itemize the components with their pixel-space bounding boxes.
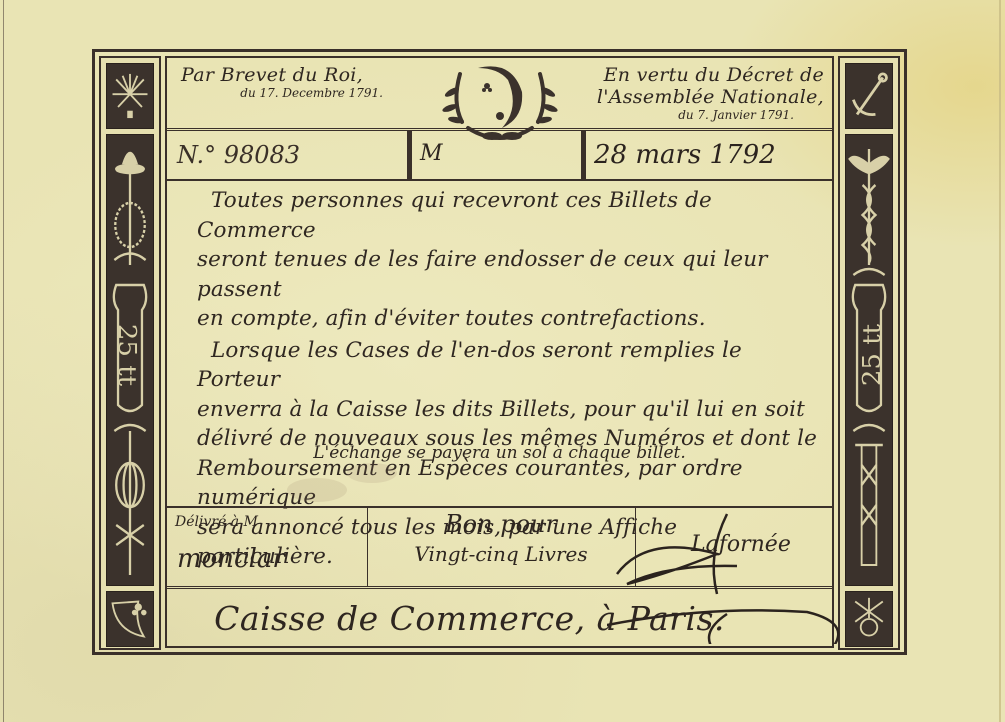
anchor-icon [845,63,893,129]
decree-reference: En vertu du Décret de l'Assemblée Nation… [554,64,824,122]
value-box: Bon pour Vingt-cinq Livres [367,508,636,586]
trophy-icon [845,591,893,647]
caduceus-icon: 25 tt [845,134,893,586]
sunburst-icon [106,63,154,129]
left-ornamental-panel: 25 tt [99,56,161,650]
serial-row: N.° 98083 M 28 mars 1792 [167,131,832,181]
serial-number: N.° 98083 [177,131,397,179]
decree-line-2: l'Assemblée Nationale, [554,86,824,108]
right-ornamental-panel: 25 tt [838,56,900,650]
terms-line: seront tenues de les faire endosser de c… [197,245,818,304]
value-line-2: Vingt-cinq Livres [367,542,635,566]
endorsement-row: Délivré à M monclar Bon pour Vingt-cinq … [167,506,832,589]
decree-line-1: En vertu du Décret de [554,64,824,86]
holder-field: M [407,131,590,179]
terms-line: Lorsque les Cases de l'en-dos seront rem… [197,336,818,395]
decree-date: du 7. Janvier 1791. [554,108,824,122]
stain [347,463,397,483]
delivered-label: Délivré à M [175,514,258,530]
cornucopia-icon [106,591,154,647]
cashier-signature: Lafornée [691,532,791,557]
terms-line: en compte, afin d'éviter toutes contrefa… [197,304,818,334]
header: Par Brevet du Roi, du 17. Decembre 1791.… [167,58,832,131]
exchange-note: L'échange se payera un sol à chaque bill… [167,443,832,463]
signature-box: Lafornée [635,508,832,586]
stain [287,478,347,502]
royal-patent: Par Brevet du Roi, du 17. Decembre 1791. [181,64,411,100]
liberty-cap-wreath-icon: 25 tt [106,134,154,586]
svg-text:25 tt: 25 tt [113,324,141,386]
royal-patent-title: Par Brevet du Roi, [181,64,411,86]
banknote: 25 tt [92,49,907,655]
terms-line: Toutes personnes qui recevront ces Bille… [197,186,818,245]
paper-edge-right [999,0,1001,722]
note-center: Par Brevet du Roi, du 17. Decembre 1791.… [165,56,834,648]
paper-edge-left [3,0,4,722]
svg-text:25 tt: 25 tt [858,324,886,386]
value-line-1: Bon pour [367,510,635,538]
issue-date: 28 mars 1792 [581,131,832,179]
issuer-title: Caisse de Commerce, à Paris. [167,588,832,650]
delivered-box: Délivré à M monclar [167,508,368,586]
royal-patent-date: du 17. Decembre 1791. [181,86,411,100]
footer: Caisse de Commerce, à Paris. [167,588,832,646]
delivered-to: monclar [177,544,285,574]
terms-line: enverra à la Caisse les dits Billets, po… [197,395,818,425]
